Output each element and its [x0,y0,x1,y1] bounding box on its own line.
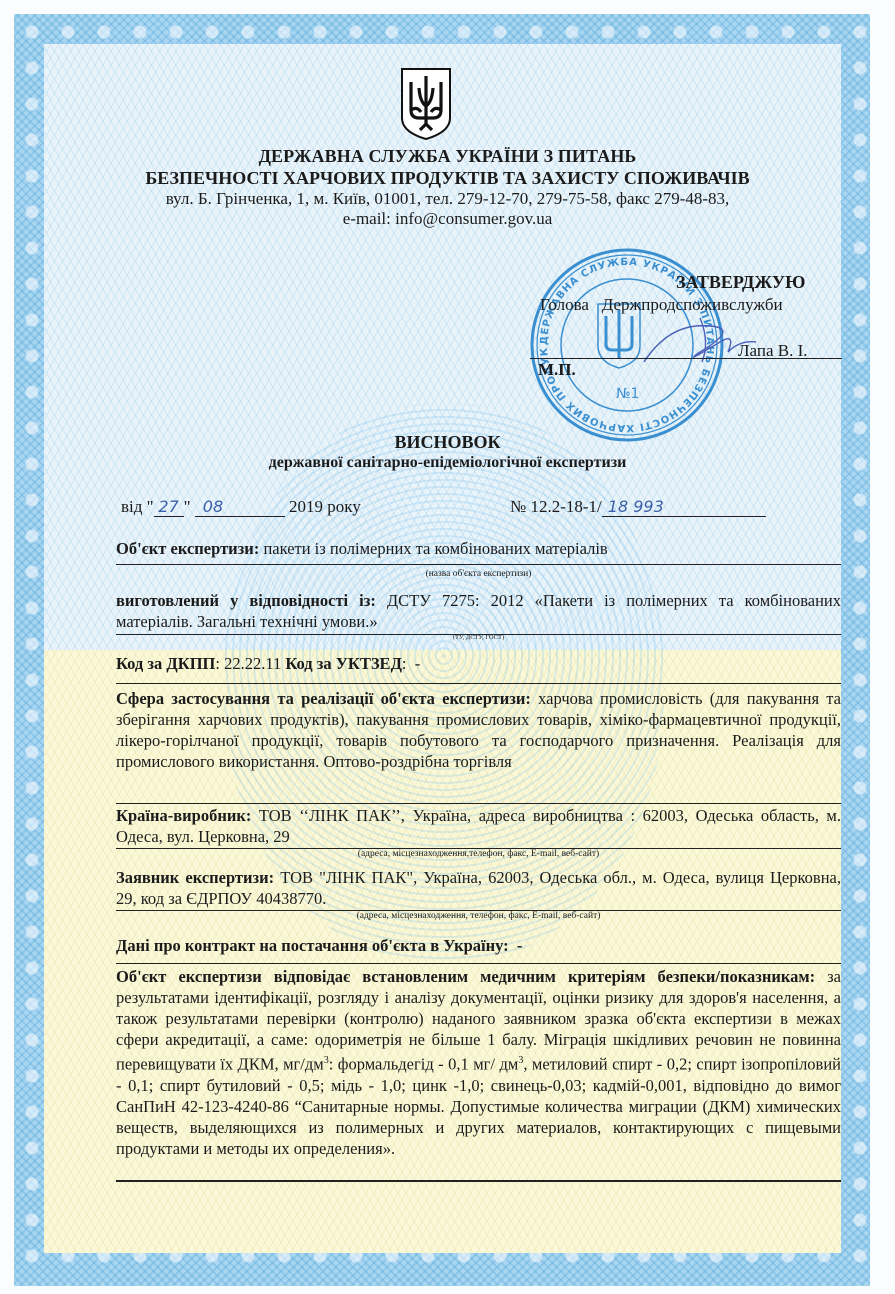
object-field: Об'єкт експертизи: пакети із полімерних … [116,538,841,559]
seal-label: М.П. [538,360,576,380]
manufactured-caption: (ТУ, ДСТУ, ГОСТ) [116,634,841,641]
divider [116,963,841,964]
document-subtitle: державної санітарно-епідеміологічної екс… [0,454,895,472]
criteria-value-2: : формальдегід - 0,1 мг/ дм [329,1055,519,1074]
object-value: пакети із полімерних та комбінованих мат… [259,539,607,558]
scope-field: Сфера застосування та реалізації об'єкта… [116,688,841,772]
criteria-label: Об'єкт експертизи відповідає встановлени… [116,967,815,986]
number-value: 18 993 [602,497,766,517]
document-date: від "27" 08 2019 року [121,497,361,517]
date-month: 08 [195,497,285,517]
svg-text:№1: №1 [616,386,639,402]
applicant-caption: (адреса, місцезнаходження, телефон, факс… [116,911,841,921]
applicant-label: Заявник експертизи: [116,868,274,887]
contract-field: Дані про контракт на постачання об'єкта … [116,935,841,956]
contract-value: - [509,936,523,955]
organization-email: e-mail: info@consumer.gov.ua [0,209,895,229]
scope-label: Сфера застосування та реалізації об'єкта… [116,689,531,708]
organization-address: вул. Б. Грінченка, 1, м. Київ, 01001, те… [0,189,895,209]
document-number: № 12.2-18-1/18 993 [510,497,766,517]
approval-heading: ЗАТВЕРДЖУЮ [676,272,805,293]
object-caption: (назва об'єкта експертизи) [116,569,841,579]
country-label: Країна-виробник: [116,806,251,825]
applicant-field: Заявник експертизи: ТОВ "ЛІНК ПАК", Укра… [116,867,841,909]
manufactured-label: виготовлений у відповідності із: [116,591,376,610]
date-year: 2019 року [289,497,361,516]
trident-emblem-icon [399,66,453,142]
country-field: Країна-виробник: ТОВ ‘‘ЛІНК ПАК’’, Украї… [116,805,841,847]
divider [116,803,841,804]
divider [116,1180,841,1182]
contract-label: Дані про контракт на постачання об'єкта … [116,936,509,955]
approver-role: Голова Держпродспоживслужби [540,295,783,315]
divider [116,683,841,684]
document-title: ВИСНОВОК [0,432,895,453]
dkpp-value: : 22.22.11 [215,654,285,673]
uktzed-label: Код за УКТЗЕД [285,654,402,673]
criteria-field: Об'єкт експертизи відповідає встановлени… [116,966,841,1159]
number-prefix: № 12.2-18-1/ [510,497,602,516]
country-caption: (адреса, місцезнаходження,телефон, факс,… [116,849,841,859]
date-day: 27 [154,497,184,517]
organization-name-line1: ДЕРЖАВНА СЛУЖБА УКРАЇНИ З ПИТАНЬ [0,146,895,167]
organization-name-line2: БЕЗПЕЧНОСТІ ХАРЧОВИХ ПРОДУКТІВ ТА ЗАХИСТ… [0,168,895,189]
signature-line [530,358,842,359]
dkpp-label: Код за ДКПП [116,654,215,673]
object-label: Об'єкт експертизи: [116,539,259,558]
divider [116,564,841,565]
date-prefix: від " [121,497,154,516]
uktzed-value: : - [402,654,420,673]
codes-field: Код за ДКПП: 22.22.11 Код за УКТЗЕД: - [116,653,841,674]
manufactured-field: виготовлений у відповідності із: ДСТУ 72… [116,590,841,632]
date-quote: " [184,497,191,516]
